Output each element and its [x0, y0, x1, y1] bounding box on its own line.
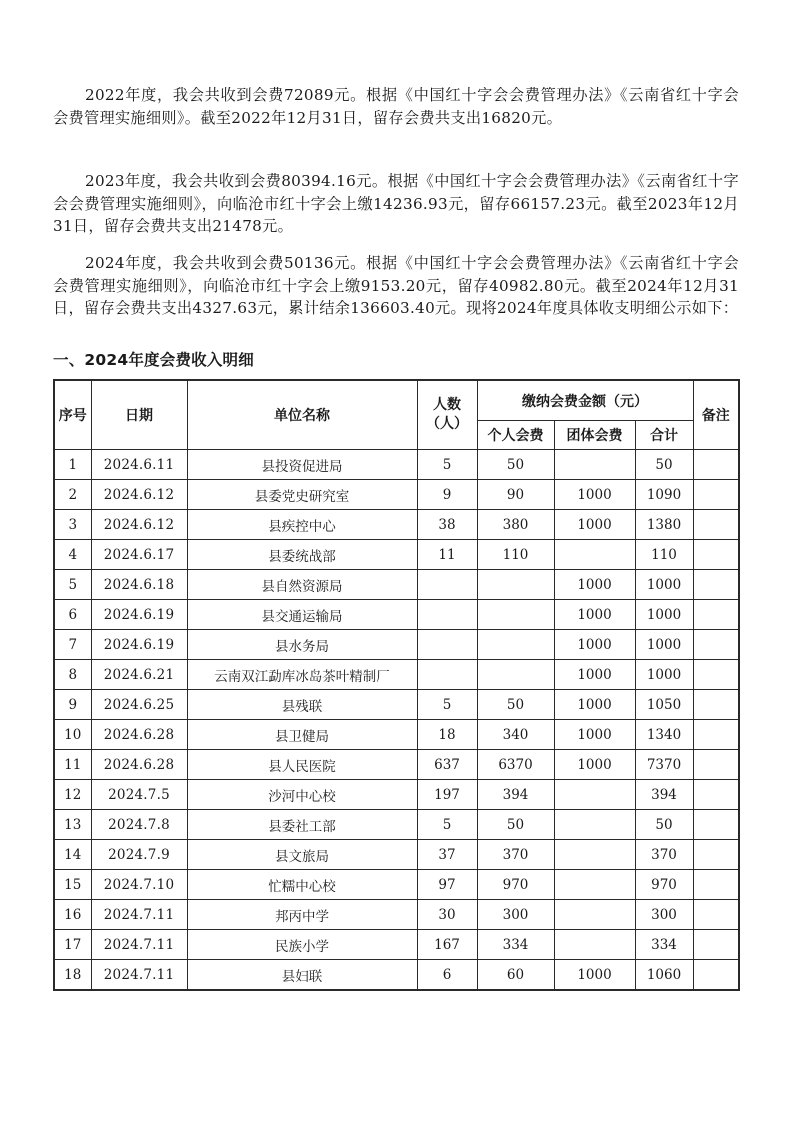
section-title-income-detail: 一、2024年度会费收入明细	[53, 348, 254, 370]
cell-index: 5	[54, 570, 91, 600]
cell-remark	[693, 780, 739, 810]
cell-group-fee: 1000	[554, 630, 635, 660]
cell-date: 2024.7.11	[91, 900, 187, 930]
header-amount-group: 缴纳会费金额（元）	[477, 380, 693, 421]
cell-date: 2024.6.11	[91, 450, 187, 480]
cell-unit-name: 县委党史研究室	[187, 480, 417, 510]
cell-group-fee: 1000	[554, 690, 635, 720]
cell-index: 6	[54, 600, 91, 630]
cell-people-count: 197	[417, 780, 477, 810]
cell-index: 2	[54, 480, 91, 510]
cell-unit-name: 邦丙中学	[187, 900, 417, 930]
table-row: 152024.7.10忙糯中心校97970970	[54, 870, 739, 900]
cell-index: 18	[54, 960, 91, 991]
cell-remark	[693, 960, 739, 991]
header-unit-name: 单位名称	[187, 380, 417, 450]
cell-unit-name: 县疾控中心	[187, 510, 417, 540]
cell-index: 9	[54, 690, 91, 720]
cell-personal-fee: 300	[477, 900, 554, 930]
cell-total: 1000	[635, 660, 693, 690]
cell-unit-name: 云南双江勐库冰岛茶叶精制厂	[187, 660, 417, 690]
table-row: 112024.6.28县人民医院637637010007370	[54, 750, 739, 780]
cell-people-count: 5	[417, 450, 477, 480]
cell-unit-name: 县投资促进局	[187, 450, 417, 480]
table-row: 142024.7.9县文旅局37370370	[54, 840, 739, 870]
cell-remark	[693, 510, 739, 540]
header-group-fee: 团体会费	[554, 421, 635, 450]
header-people-count: 人数（人）	[417, 380, 477, 450]
cell-index: 10	[54, 720, 91, 750]
cell-remark	[693, 480, 739, 510]
cell-remark	[693, 570, 739, 600]
cell-unit-name: 县文旅局	[187, 840, 417, 870]
cell-remark	[693, 720, 739, 750]
cell-people-count: 167	[417, 930, 477, 960]
table-row: 172024.7.11民族小学167334334	[54, 930, 739, 960]
cell-index: 7	[54, 630, 91, 660]
cell-index: 11	[54, 750, 91, 780]
cell-people-count	[417, 570, 477, 600]
cell-total: 50	[635, 810, 693, 840]
cell-remark	[693, 840, 739, 870]
cell-remark	[693, 810, 739, 840]
cell-index: 1	[54, 450, 91, 480]
cell-people-count: 97	[417, 870, 477, 900]
cell-date: 2024.7.5	[91, 780, 187, 810]
cell-total: 7370	[635, 750, 693, 780]
cell-personal-fee: 90	[477, 480, 554, 510]
cell-remark	[693, 660, 739, 690]
cell-total: 370	[635, 840, 693, 870]
table-row: 162024.7.11邦丙中学30300300	[54, 900, 739, 930]
cell-date: 2024.6.19	[91, 600, 187, 630]
cell-date: 2024.7.8	[91, 810, 187, 840]
cell-unit-name: 县委统战部	[187, 540, 417, 570]
cell-group-fee: 1000	[554, 720, 635, 750]
cell-people-count: 5	[417, 690, 477, 720]
cell-total: 334	[635, 930, 693, 960]
cell-unit-name: 县水务局	[187, 630, 417, 660]
cell-people-count: 5	[417, 810, 477, 840]
table-row: 72024.6.19县水务局10001000	[54, 630, 739, 660]
cell-total: 1000	[635, 570, 693, 600]
cell-index: 13	[54, 810, 91, 840]
cell-personal-fee: 370	[477, 840, 554, 870]
cell-personal-fee	[477, 570, 554, 600]
cell-group-fee: 1000	[554, 480, 635, 510]
cell-people-count: 38	[417, 510, 477, 540]
cell-total: 50	[635, 450, 693, 480]
cell-remark	[693, 690, 739, 720]
cell-index: 12	[54, 780, 91, 810]
cell-unit-name: 县卫健局	[187, 720, 417, 750]
cell-date: 2024.6.17	[91, 540, 187, 570]
cell-remark	[693, 870, 739, 900]
cell-remark	[693, 540, 739, 570]
cell-date: 2024.7.11	[91, 930, 187, 960]
cell-unit-name: 县人民医院	[187, 750, 417, 780]
cell-date: 2024.6.25	[91, 690, 187, 720]
header-total: 合计	[635, 421, 693, 450]
cell-personal-fee: 970	[477, 870, 554, 900]
table-row: 12024.6.11县投资促进局55050	[54, 450, 739, 480]
cell-personal-fee	[477, 630, 554, 660]
table-row: 32024.6.12县疾控中心3838010001380	[54, 510, 739, 540]
cell-people-count	[417, 630, 477, 660]
table-row: 42024.6.17县委统战部11110110	[54, 540, 739, 570]
paragraph-2023-summary: 2023年度，我会共收到会费80394.16元。根据《中国红十字会会费管理办法》…	[53, 170, 739, 238]
cell-personal-fee	[477, 660, 554, 690]
cell-personal-fee: 50	[477, 690, 554, 720]
cell-remark	[693, 900, 739, 930]
cell-total: 1090	[635, 480, 693, 510]
cell-total: 1060	[635, 960, 693, 991]
table-header: 序号 日期 单位名称 人数（人） 缴纳会费金额（元） 备注 个人会费 团体会费 …	[54, 380, 739, 450]
cell-total: 1380	[635, 510, 693, 540]
table-row: 22024.6.12县委党史研究室99010001090	[54, 480, 739, 510]
cell-total: 1000	[635, 600, 693, 630]
cell-total: 970	[635, 870, 693, 900]
cell-personal-fee: 50	[477, 450, 554, 480]
cell-personal-fee: 6370	[477, 750, 554, 780]
cell-group-fee	[554, 930, 635, 960]
cell-total: 300	[635, 900, 693, 930]
cell-personal-fee: 394	[477, 780, 554, 810]
cell-remark	[693, 750, 739, 780]
cell-date: 2024.6.18	[91, 570, 187, 600]
table-row: 102024.6.28县卫健局1834010001340	[54, 720, 739, 750]
header-personal-fee: 个人会费	[477, 421, 554, 450]
table-row: 122024.7.5沙河中心校197394394	[54, 780, 739, 810]
table-body: 12024.6.11县投资促进局5505022024.6.12县委党史研究室99…	[54, 450, 739, 991]
cell-date: 2024.6.21	[91, 660, 187, 690]
cell-people-count	[417, 600, 477, 630]
cell-index: 17	[54, 930, 91, 960]
header-remark: 备注	[693, 380, 739, 450]
cell-personal-fee: 340	[477, 720, 554, 750]
cell-unit-name: 县残联	[187, 690, 417, 720]
cell-unit-name: 忙糯中心校	[187, 870, 417, 900]
cell-total: 110	[635, 540, 693, 570]
cell-index: 16	[54, 900, 91, 930]
cell-people-count	[417, 660, 477, 690]
cell-date: 2024.7.11	[91, 960, 187, 991]
cell-unit-name: 民族小学	[187, 930, 417, 960]
cell-group-fee	[554, 450, 635, 480]
cell-people-count: 9	[417, 480, 477, 510]
table-row: 62024.6.19县交通运输局10001000	[54, 600, 739, 630]
cell-group-fee: 1000	[554, 570, 635, 600]
cell-people-count: 637	[417, 750, 477, 780]
table-row: 52024.6.18县自然资源局10001000	[54, 570, 739, 600]
cell-date: 2024.6.12	[91, 480, 187, 510]
table-row: 182024.7.11县妇联66010001060	[54, 960, 739, 991]
cell-people-count: 6	[417, 960, 477, 991]
cell-people-count: 37	[417, 840, 477, 870]
cell-index: 15	[54, 870, 91, 900]
cell-group-fee: 1000	[554, 750, 635, 780]
table-row: 82024.6.21云南双江勐库冰岛茶叶精制厂10001000	[54, 660, 739, 690]
cell-unit-name: 县自然资源局	[187, 570, 417, 600]
table-row: 92024.6.25县残联55010001050	[54, 690, 739, 720]
cell-unit-name: 县交通运输局	[187, 600, 417, 630]
paragraph-2022-summary: 2022年度，我会共收到会费72089元。根据《中国红十字会会费管理办法》《云南…	[53, 84, 739, 129]
cell-total: 1050	[635, 690, 693, 720]
cell-personal-fee: 50	[477, 810, 554, 840]
cell-date: 2024.6.28	[91, 750, 187, 780]
cell-remark	[693, 600, 739, 630]
cell-remark	[693, 930, 739, 960]
cell-personal-fee: 110	[477, 540, 554, 570]
cell-group-fee: 1000	[554, 510, 635, 540]
cell-group-fee: 1000	[554, 600, 635, 630]
cell-unit-name: 县妇联	[187, 960, 417, 991]
cell-group-fee	[554, 870, 635, 900]
cell-group-fee: 1000	[554, 960, 635, 991]
cell-date: 2024.6.19	[91, 630, 187, 660]
cell-remark	[693, 450, 739, 480]
cell-group-fee	[554, 540, 635, 570]
header-index: 序号	[54, 380, 91, 450]
cell-people-count: 11	[417, 540, 477, 570]
header-date: 日期	[91, 380, 187, 450]
cell-date: 2024.6.12	[91, 510, 187, 540]
cell-total: 394	[635, 780, 693, 810]
cell-unit-name: 县委社工部	[187, 810, 417, 840]
cell-date: 2024.6.28	[91, 720, 187, 750]
fee-income-table: 序号 日期 单位名称 人数（人） 缴纳会费金额（元） 备注 个人会费 团体会费 …	[53, 379, 740, 991]
cell-personal-fee	[477, 600, 554, 630]
cell-total: 1340	[635, 720, 693, 750]
cell-group-fee: 1000	[554, 660, 635, 690]
cell-remark	[693, 630, 739, 660]
cell-total: 1000	[635, 630, 693, 660]
cell-personal-fee: 380	[477, 510, 554, 540]
cell-people-count: 18	[417, 720, 477, 750]
cell-group-fee	[554, 900, 635, 930]
cell-date: 2024.7.10	[91, 870, 187, 900]
cell-index: 8	[54, 660, 91, 690]
cell-index: 4	[54, 540, 91, 570]
table-row: 132024.7.8县委社工部55050	[54, 810, 739, 840]
cell-personal-fee: 334	[477, 930, 554, 960]
cell-index: 14	[54, 840, 91, 870]
cell-group-fee	[554, 810, 635, 840]
paragraph-2024-summary: 2024年度，我会共收到会费50136元。根据《中国红十字会会费管理办法》《云南…	[53, 252, 739, 320]
cell-people-count: 30	[417, 900, 477, 930]
cell-index: 3	[54, 510, 91, 540]
cell-unit-name: 沙河中心校	[187, 780, 417, 810]
cell-group-fee	[554, 840, 635, 870]
cell-group-fee	[554, 780, 635, 810]
cell-date: 2024.7.9	[91, 840, 187, 870]
cell-personal-fee: 60	[477, 960, 554, 991]
